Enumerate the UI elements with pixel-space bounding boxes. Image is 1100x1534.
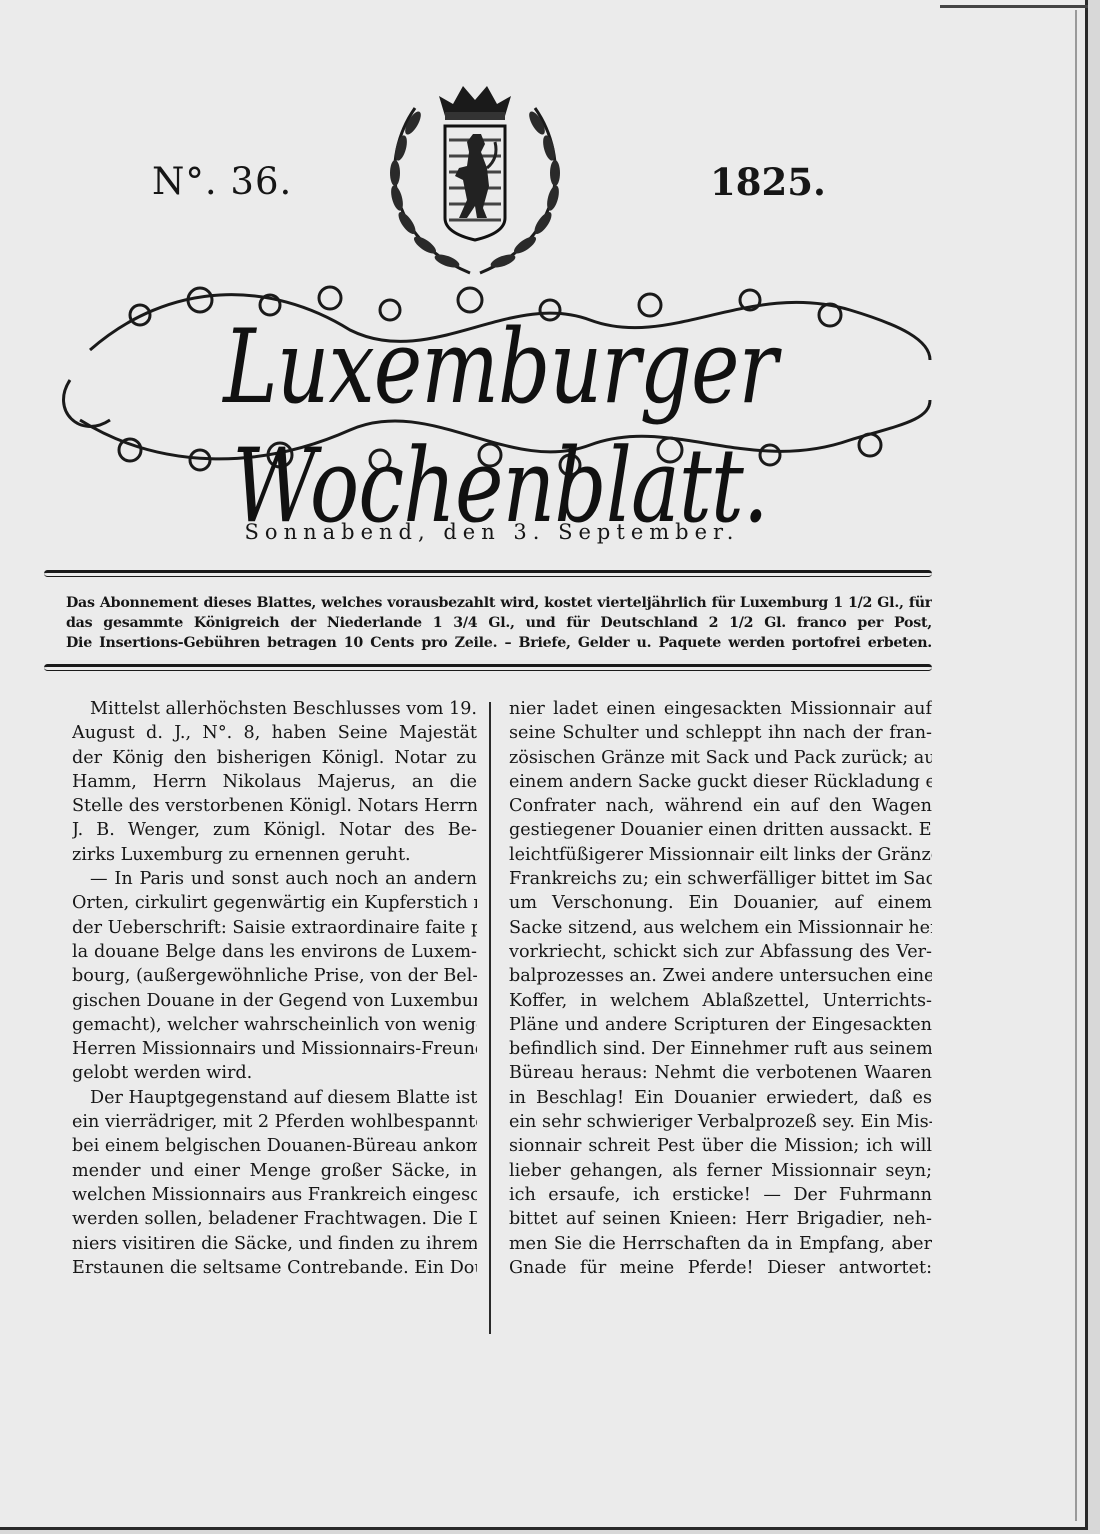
text-line: zösischen Gränze mit Sack und Pack zurüc… [509, 746, 932, 770]
text-line: ein sehr schwieriger Verbalprozeß sey. E… [509, 1110, 932, 1134]
text-line: Der Hauptgegenstand auf diesem Blatte is… [72, 1086, 477, 1110]
text-line: Erstaunen die seltsame Contrebande. Ein … [72, 1256, 477, 1280]
subscription-notice: Das Abonnement dieses Blattes, welches v… [66, 593, 932, 653]
text-line: gemacht), welcher wahrscheinlich von wen… [72, 1013, 477, 1037]
text-line: Büreau heraus: Nehmt die verbotenen Waar… [509, 1061, 932, 1085]
text-line: ein vierrädriger, mit 2 Pferden wohlbesp… [72, 1110, 477, 1134]
text-line: vorkriecht, schickt sich zur Abfassung d… [509, 940, 932, 964]
subscription-line: Die Insertions-Gebühren betragen 10 Cent… [66, 633, 932, 653]
text-line: bei einem belgischen Douanen-Büreau anko… [72, 1134, 477, 1158]
text-line: werden sollen, beladener Frachtwagen. Di… [72, 1207, 477, 1231]
text-line: balprozesses an. Zwei andere untersuchen… [509, 964, 932, 988]
text-line: gestiegener Douanier einen dritten aussa… [509, 818, 932, 842]
issue-year: 1825. [710, 160, 826, 204]
text-line: Gnade für meine Pferde! Dieser antwortet… [509, 1256, 932, 1280]
subscription-line: Das Abonnement dieses Blattes, welches v… [66, 593, 932, 613]
newspaper-title: Luxemburger Wochenblatt. [50, 308, 950, 546]
text-line: bourg, (außergewöhnliche Prise, von der … [72, 964, 477, 988]
dateline: Sonnabend, den 3. September. [0, 520, 1000, 544]
text-line: Confrater nach, während ein auf den Wage… [509, 794, 932, 818]
text-line: nier ladet einen eingesackten Missionnai… [509, 697, 932, 721]
text-line: Koffer, in welchem Ablaßzettel, Unterric… [509, 989, 932, 1013]
text-line: gischen Douane in der Gegend von Luxembu… [72, 989, 477, 1013]
text-line: in Beschlag! Ein Douanier erwiedert, daß… [509, 1086, 932, 1110]
text-line: Pläne und andere Scripturen der Eingesac… [509, 1013, 932, 1037]
text-line: mender und einer Menge großer Säcke, in [72, 1159, 477, 1183]
column-divider [489, 702, 491, 1334]
text-line: lieber gehangen, als ferner Missionnair … [509, 1159, 932, 1183]
page-edge [1075, 10, 1077, 1521]
header-rule-bottom [44, 664, 932, 671]
text-line: der König den bisherigen Königl. Notar z… [72, 746, 477, 770]
dateline-text: Sonnabend, den 3. September. [245, 520, 740, 544]
text-line: gelobt werden wird. [72, 1061, 477, 1085]
text-line: bittet auf seinen Knieen: Herr Brigadier… [509, 1207, 932, 1231]
article-column-left: Mittelst allerhöchsten Beschlusses vom 1… [72, 697, 477, 1280]
text-line: Stelle des verstorbenen Königl. Notars H… [72, 794, 477, 818]
text-line: Frankreichs zu; ein schwerfälliger bitte… [509, 867, 932, 891]
text-line: niers visitiren die Säcke, und finden zu… [72, 1232, 477, 1256]
text-line: Mittelst allerhöchsten Beschlusses vom 1… [72, 697, 477, 721]
coat-of-arms-icon [375, 68, 575, 283]
text-line: um Verschonung. Ein Douanier, auf einem [509, 891, 932, 915]
text-line: Herren Missionnairs und Missionnairs-Fre… [72, 1037, 477, 1061]
text-line: zirks Luxemburg zu ernennen geruht. [72, 843, 477, 867]
text-line: men Sie die Herrschaften da in Empfang, … [509, 1232, 932, 1256]
subscription-line: das gesammte Königreich der Niederlande … [66, 613, 932, 633]
text-line: August d. J., N°. 8, haben Seine Majestä… [72, 721, 477, 745]
page-top-border [940, 5, 1088, 8]
text-line: einem andern Sacke guckt dieser Rückladu… [509, 770, 932, 794]
article-column-right: nier ladet einen eingesackten Missionnai… [509, 697, 932, 1280]
text-line: befindlich sind. Der Einnehmer ruft aus … [509, 1037, 932, 1061]
issue-number: N°. 36. [152, 160, 292, 203]
text-line: Orten, cirkulirt gegenwärtig ein Kupfers… [72, 891, 477, 915]
masthead: Luxemburger Wochenblatt. [50, 270, 950, 485]
text-line: J. B. Wenger, zum Königl. Notar des Be- [72, 818, 477, 842]
text-line: der Ueberschrift: Saisie extraordinaire … [72, 916, 477, 940]
text-line: seine Schulter und schleppt ihn nach der… [509, 721, 932, 745]
text-line: leichtfüßigerer Missionnair eilt links d… [509, 843, 932, 867]
text-line: Sacke sitzend, aus welchem ein Missionna… [509, 916, 932, 940]
newspaper-page: N°. 36. 1825. [0, 0, 1088, 1530]
text-line: la douane Belge dans les environs de Lux… [72, 940, 477, 964]
text-line: welchen Missionnairs aus Frankreich eing… [72, 1183, 477, 1207]
header-rule-top [44, 570, 932, 577]
text-line: sionnair schreit Pest über die Mission; … [509, 1134, 932, 1158]
text-line: ich ersaufe, ich ersticke! — Der Fuhrman… [509, 1183, 932, 1207]
text-line: Hamm, Herrn Nikolaus Majerus, an die [72, 770, 477, 794]
text-line: — In Paris und sonst auch noch an andern [72, 867, 477, 891]
